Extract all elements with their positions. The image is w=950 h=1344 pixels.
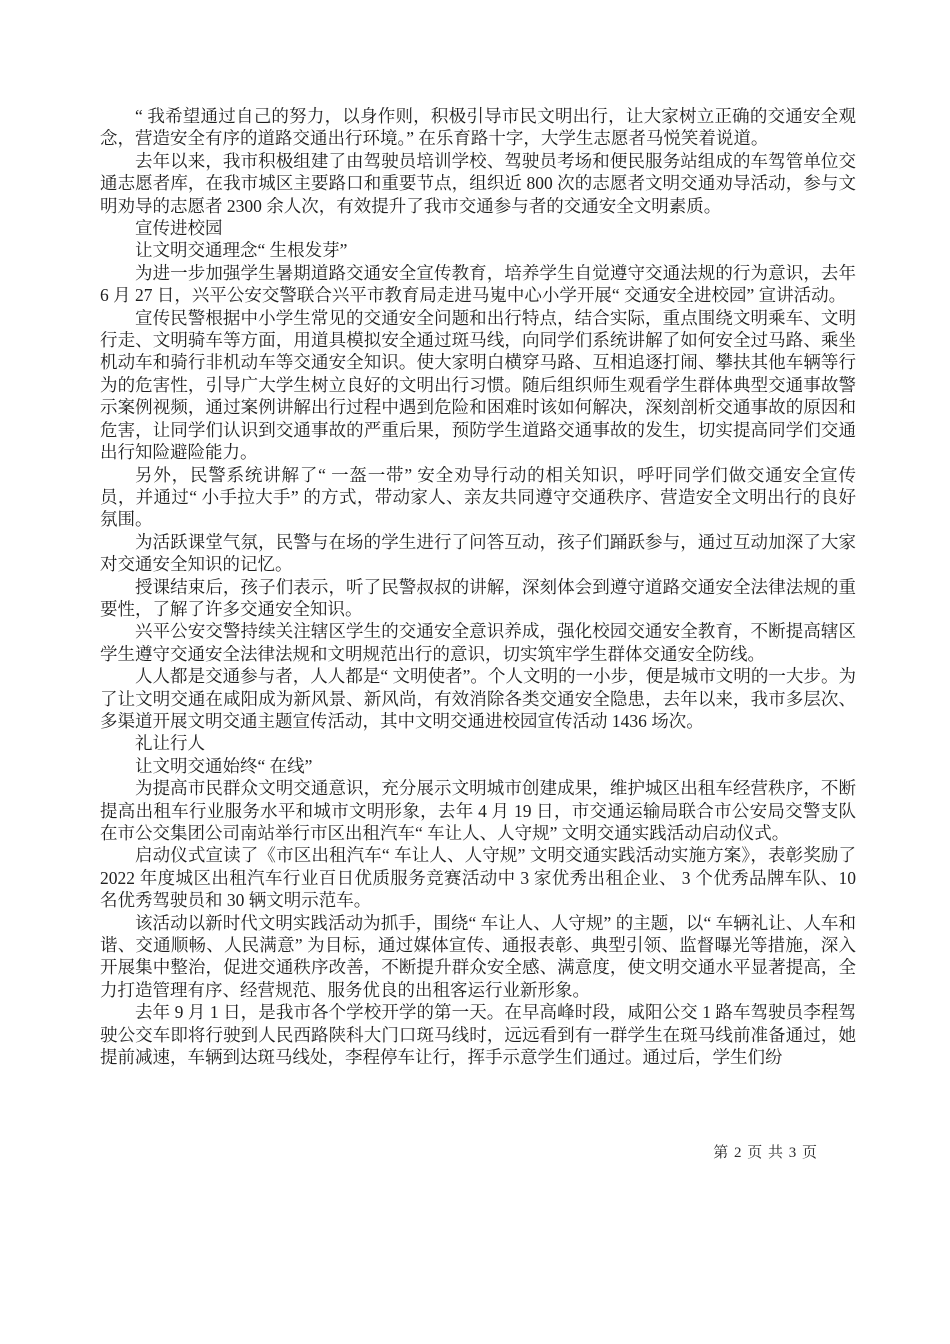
paragraph: “ 我希望通过自己的努力，以身作则，积极引导市民文明出行，让大家树立正确的交通安… <box>100 105 856 150</box>
paragraph: 为进一步加强学生暑期道路交通安全宣传教育，培养学生自觉遵守交通法规的行为意识，去… <box>100 262 856 307</box>
paragraph: 兴平公安交警持续关注辖区学生的交通安全意识养成，强化校园交通安全教育，不断提高辖… <box>100 620 856 665</box>
paragraph: 宣传民警根据中小学生常见的交通安全问题和出行特点，结合实际，重点围绕文明乘车、文… <box>100 307 856 464</box>
paragraph: 为活跃课堂气氛，民警与在场的学生进行了问答互动，孩子们踊跃参与，通过互动加深了大… <box>100 531 856 576</box>
paragraph: 去年以来，我市积极组建了由驾驶员培训学校、驾驶员考场和便民服务站组成的车驾管单位… <box>100 150 856 217</box>
paragraph: 另外，民警系统讲解了“ 一盔一带” 安全劝导行动的相关知识，呼吁同学们做交通安全… <box>100 464 856 531</box>
paragraph: 宣传进校园 <box>100 217 856 239</box>
paragraph: 启动仪式宣读了《市区出租汽车“ 车让人、人守规” 文明交通实践活动实施方案》，表… <box>100 844 856 911</box>
paragraph: 让文明交通理念“ 生根发芽” <box>100 239 856 261</box>
page-number-footer: 第 2 页 共 3 页 <box>713 1144 818 1162</box>
document-body: “ 我希望通过自己的努力，以身作则，积极引导市民文明出行，让大家树立正确的交通安… <box>100 105 856 1068</box>
document-page: “ 我希望通过自己的努力，以身作则，积极引导市民文明出行，让大家树立正确的交通安… <box>0 0 950 1344</box>
paragraph: 去年 9 月 1 日，是我市各个学校开学的第一天。在早高峰时段，咸阳公交 1 路… <box>100 1001 856 1068</box>
paragraph: 让文明交通始终“ 在线” <box>100 755 856 777</box>
paragraph: 授课结束后，孩子们表示，听了民警叔叔的讲解，深刻体会到遵守道路交通安全法律法规的… <box>100 576 856 621</box>
paragraph: 人人都是交通参与者，人人都是“ 文明使者”。个人文明的一小步，便是城市文明的一大… <box>100 665 856 732</box>
paragraph: 为提高市民群众文明交通意识，充分展示文明城市创建成果，维护城区出租车经营秩序，不… <box>100 777 856 844</box>
paragraph: 该活动以新时代文明实践活动为抓手，围绕“ 车让人、人守规” 的主题，以“ 车辆礼… <box>100 912 856 1002</box>
paragraph: 礼让行人 <box>100 732 856 754</box>
